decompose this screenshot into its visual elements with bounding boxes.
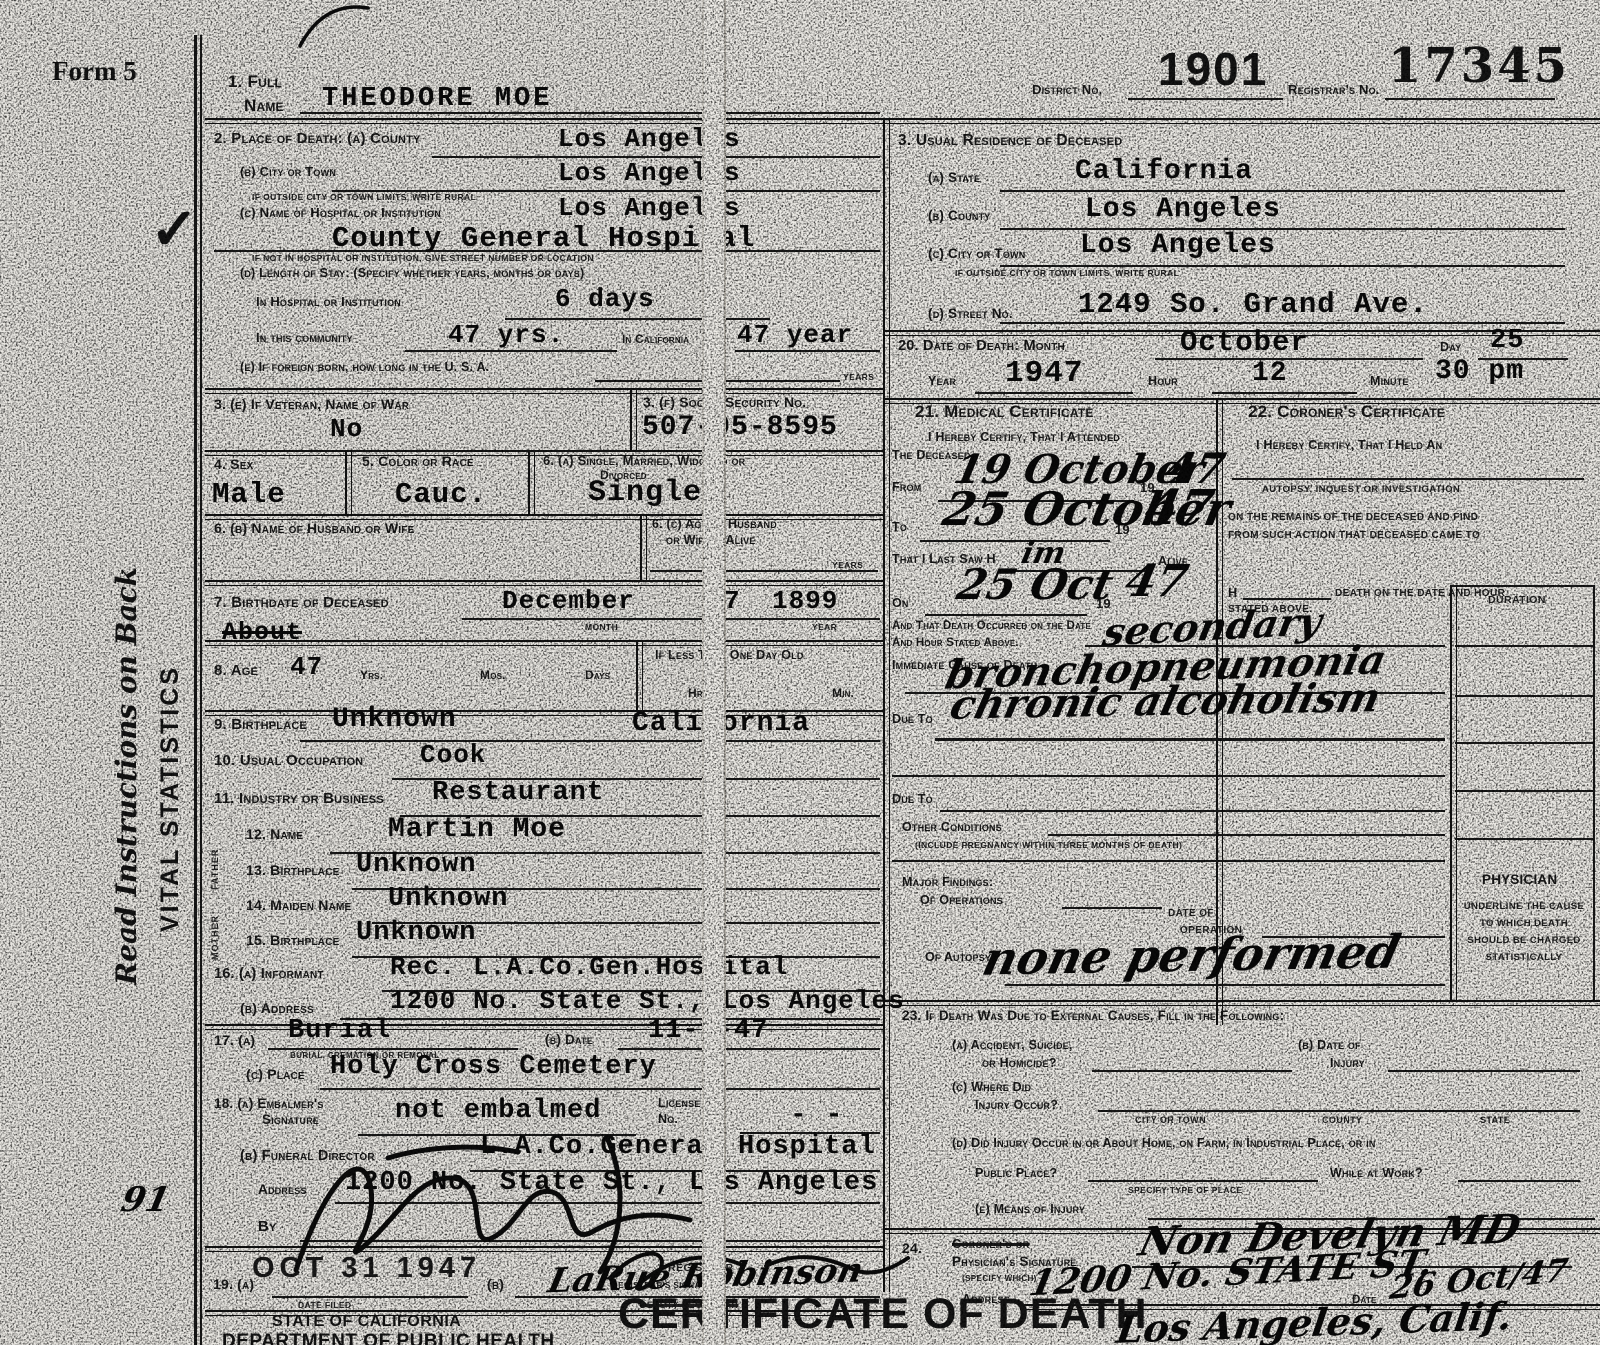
spouse-years-caption: YEARS xyxy=(832,560,863,570)
death-minute-label: Minute xyxy=(1370,374,1409,388)
coroner-certificate-title: 22. Coroner's Certificate xyxy=(1248,402,1445,422)
footer-department: DEPARTMENT OF PUBLIC HEALTH xyxy=(222,1331,555,1345)
medical-certificate-title: 21. Medical Certificate xyxy=(915,402,1094,422)
last-saw-on-label: On xyxy=(892,596,909,610)
marital-value: Single xyxy=(588,476,702,510)
of-autopsy-label: Of Autopsy xyxy=(925,950,991,964)
in-hospital-value: 6 days xyxy=(555,284,655,314)
age-value: 47 xyxy=(290,652,323,682)
mother-birthplace-label: 15. Birthplace xyxy=(246,932,339,948)
residence-state-label: (a) State xyxy=(928,170,980,185)
sex-label: 4. Sex xyxy=(214,456,253,472)
left-border-outer xyxy=(194,35,197,1345)
residence-county-value: Los Angeles xyxy=(1085,194,1281,225)
pen-stroke-top xyxy=(288,0,378,48)
city-caption: IF OUTSIDE CITY OR TOWN LIMITS, WRITE RU… xyxy=(252,192,476,202)
remains-line-1: ON THE REMAINS OF THE DECEASED AND FIND xyxy=(1228,512,1478,523)
rule xyxy=(1088,1180,1318,1182)
disposition-place-label: (c) Place xyxy=(246,1066,305,1082)
birthplace-label: 9. Birthplace xyxy=(214,716,307,733)
informant-address-value: 1200 No. State St., Los Angeles xyxy=(390,986,905,1016)
disposition-label: 17. (a) xyxy=(214,1032,255,1048)
physician-underline-note: UNDERLINE THE CAUSE TO WHICH DEATH SHOUL… xyxy=(1458,898,1590,966)
rule xyxy=(300,740,880,742)
rule xyxy=(1458,1180,1580,1182)
divider xyxy=(528,450,535,514)
side-note-read-instructions: Read Instructions on Back xyxy=(110,567,143,985)
mother-maiden-value: Unknown xyxy=(388,884,508,914)
death-year-label: Year xyxy=(928,374,956,388)
date-filed-label: 19. (a) xyxy=(213,1276,254,1292)
rule xyxy=(1098,1110,1580,1112)
due-to-1-value: chronic alcoholism xyxy=(946,674,1386,728)
license-label-1: License xyxy=(658,1096,701,1110)
death-minute-value: 30 pm xyxy=(1435,356,1524,387)
rule xyxy=(272,1296,468,1298)
specify-place-caption: SPECIFY TYPE OF PLACE xyxy=(1128,1185,1243,1195)
district-no-value: 1901 xyxy=(1158,42,1268,96)
medical-certify-line-1: I Hereby Certify, That I Attended xyxy=(928,430,1120,444)
injury-location-label: (d) Did Injury Occur in or About Home, o… xyxy=(952,1136,1376,1150)
informant-label: 16. (a) Informant xyxy=(214,966,324,982)
residence-city-caption: IF OUTSIDE CITY OR TOWN LIMITS, WRITE RU… xyxy=(955,268,1179,278)
double-rule xyxy=(885,1000,1600,1006)
veteran-label: 3. (e) If Veteran, Name of War xyxy=(214,396,409,412)
rule xyxy=(892,860,1445,862)
rule xyxy=(320,1088,880,1090)
death-hour-label: Hour xyxy=(1148,374,1178,388)
full-name-label-1: 1. Full xyxy=(228,72,282,92)
rule xyxy=(735,350,880,352)
other-conditions-caption: (INCLUDE PREGNANCY WITHIN THREE MONTHS O… xyxy=(915,840,1182,850)
double-rule xyxy=(205,640,885,646)
mother-bracket-label: MOTHER xyxy=(210,915,220,960)
death-month-value: October xyxy=(1180,326,1309,359)
years-caption: YEARS xyxy=(843,372,874,382)
rule xyxy=(1455,838,1593,840)
in-california-label: In California xyxy=(622,332,689,346)
spouse-name-label: 6. (b) Name of Husband or Wife xyxy=(214,520,414,536)
informant-address-label: (b) Address xyxy=(240,1000,314,1016)
physician-heading: PHYSICIAN xyxy=(1482,872,1557,887)
last-saw-on-value: 25 Oct xyxy=(953,560,1118,609)
in-california-value: 47 year xyxy=(737,320,853,350)
state-caption: STATE xyxy=(1480,1115,1510,1125)
full-name-value: THEODORE MOE xyxy=(322,84,552,114)
city-or-town-caption: CITY OR TOWN xyxy=(1135,1115,1206,1125)
scan-seam xyxy=(702,0,726,1345)
divider xyxy=(640,514,647,580)
industry-value: Restaurant xyxy=(432,778,604,808)
divider xyxy=(345,450,352,514)
left-border-inner xyxy=(200,35,202,1345)
residence-city-value: Los Angeles xyxy=(1080,230,1276,261)
informant-value: Rec. L.A.Co.Gen.Hospital xyxy=(390,952,788,982)
date-of-injury-label-2: Injury xyxy=(1330,1056,1365,1070)
death-year-value: 1947 xyxy=(1005,356,1083,391)
of-operations-label: Of Operations xyxy=(920,893,1003,907)
father-birthplace-label: 13. Birthplace xyxy=(246,862,339,878)
mother-birthplace-value: Unknown xyxy=(356,918,476,948)
rule xyxy=(1232,478,1584,480)
margin-scribble: 91 xyxy=(118,1180,174,1220)
double-rule xyxy=(205,388,885,394)
length-of-stay-label: (d) Length of Stay: (Specify whether yea… xyxy=(240,266,584,280)
birthdate-year-value: 1899 xyxy=(772,586,838,616)
ssn-value: 507-05-8595 xyxy=(642,412,838,443)
double-rule xyxy=(885,398,1600,404)
rule xyxy=(462,618,880,620)
in-hospital-label: In Hospital or Institution xyxy=(256,294,401,309)
death-occurred-line-2: And Hour Stated Above. xyxy=(892,637,1019,649)
about-overstrike: About xyxy=(222,618,302,647)
divider xyxy=(636,640,643,710)
due-to-2-label: Due To xyxy=(892,792,933,806)
birthdate-month-value: December xyxy=(502,586,635,616)
autopsy-value: none performed xyxy=(978,924,1406,985)
rule xyxy=(940,810,1445,812)
coroner-death-line-1: DEATH ON THE DATE AND HOUR xyxy=(1335,588,1505,599)
side-note-vital-statistics: VITAL STATISTICS xyxy=(156,665,185,932)
occupation-label: 10. Usual Occupation xyxy=(214,752,363,769)
attended-to-label: To xyxy=(892,520,907,534)
death-day-value: 25 xyxy=(1490,326,1524,356)
less-than-one-day-caption: If Less Than One Day Old xyxy=(655,648,804,662)
full-name-label-2: Name xyxy=(244,96,284,116)
where-injury-label-2: Injury Occur? xyxy=(975,1098,1058,1112)
death-occurred-line-1: And That Death Occurred on the Date xyxy=(892,620,1091,632)
registrar-no-value: 17345 xyxy=(1388,38,1570,94)
rule xyxy=(1048,834,1445,836)
rule xyxy=(618,1048,880,1050)
foreign-born-label: (e) If foreign born, how long in the U. … xyxy=(240,360,489,374)
year-caption: YEAR xyxy=(812,622,837,632)
date-filed-caption: DATE FILED xyxy=(298,1300,351,1310)
registrar-signature-scrawl xyxy=(598,1236,918,1298)
accident-label-2: or Homicide? xyxy=(982,1056,1057,1070)
registrar-sig-label-b: (b) xyxy=(487,1276,504,1292)
rule xyxy=(920,540,1110,542)
last-saw-on-year: 47 xyxy=(1121,556,1193,607)
rule xyxy=(332,190,880,192)
due-to-1-label: Due To xyxy=(892,712,933,726)
rule xyxy=(975,392,1133,394)
remains-line-2: FROM SUCH ACTION THAT DECEASED CAME TO xyxy=(1228,530,1480,541)
rule xyxy=(340,1018,880,1020)
age-days-caption: Days xyxy=(585,668,610,682)
attended-to-year: 47 xyxy=(1140,480,1219,536)
month-caption: MONTH xyxy=(585,622,618,632)
license-value: - - xyxy=(790,1100,843,1131)
sex-value: Male xyxy=(212,478,286,511)
means-of-injury-label: (e) Means of Injury xyxy=(975,1202,1085,1216)
city-or-town-label: (b) City or Town xyxy=(240,164,336,179)
other-conditions-label: Other Conditions xyxy=(902,820,1002,834)
birthplace-value: Unknown xyxy=(332,704,457,735)
rule xyxy=(268,1048,518,1050)
double-rule xyxy=(205,118,1600,124)
father-name-value: Martin Moe xyxy=(388,814,566,845)
coroner-h-label: H xyxy=(1228,586,1237,600)
double-rule xyxy=(205,450,885,456)
rule xyxy=(405,350,617,352)
in-community-label: In this community xyxy=(256,330,353,345)
father-bracket-label: FATHER xyxy=(210,849,220,890)
death-certificate-scan: Form 5 ✓ Read Instructions on Back VITAL… xyxy=(0,0,1600,1345)
disposition-value: Burial xyxy=(288,1016,391,1046)
column-divider xyxy=(883,118,890,1292)
duration-box-right-border xyxy=(1593,585,1595,1000)
county-caption: COUNTY xyxy=(1322,1115,1362,1125)
birthdate-label: 7. Birthdate of Deceased xyxy=(214,594,389,611)
death-day-label: Day xyxy=(1440,340,1461,354)
usual-residence-title: 3. Usual Residence of Deceased xyxy=(898,132,1122,150)
industry-label: 11. Industry or Business xyxy=(214,790,384,807)
registrar-no-label: Registrar's No. xyxy=(1288,82,1380,97)
duration-heading: DURATION xyxy=(1488,594,1546,606)
rule xyxy=(1455,695,1593,697)
residence-state-value: California xyxy=(1075,156,1253,187)
embalmer-label-1: 18. (a) Embalmer's xyxy=(214,1096,324,1111)
hospital-value-2: County General Hospital xyxy=(332,222,755,255)
while-at-work-label: While at Work? xyxy=(1330,1166,1423,1180)
double-rule xyxy=(205,514,885,520)
rule xyxy=(1000,322,1565,324)
accident-label-1: (a) Accident, Suicide, xyxy=(952,1038,1073,1052)
age-yrs-caption: Yrs. xyxy=(360,668,383,682)
date-of-death-label: 20. Date of Death: Month xyxy=(898,338,1065,354)
handwritten-underline xyxy=(935,738,1445,741)
rule xyxy=(1450,585,1595,587)
coroners-or-label: Coroner's or xyxy=(952,1236,1030,1251)
in-community-value: 47 yrs. xyxy=(448,320,564,350)
external-causes-title: 23. If Death Was Due to External Causes,… xyxy=(902,1008,1284,1023)
age-label: 8. Age xyxy=(214,662,258,679)
disposition-date-label: (b) Date xyxy=(545,1032,593,1047)
district-no-label: District No. xyxy=(1032,82,1102,97)
death-hour-value: 12 xyxy=(1252,358,1288,389)
autopsy-inquest-caption: AUTOPSY, INQUEST OR INVESTIGATION xyxy=(1262,484,1460,495)
where-injury-label-1: (c) Where Did xyxy=(952,1080,1031,1094)
residence-city-label: (c) City or Town xyxy=(928,246,1025,261)
public-place-label: Public Place? xyxy=(975,1166,1057,1180)
rule xyxy=(1455,645,1593,647)
form-number: Form 5 xyxy=(52,56,137,87)
disposition-place-value: Holy Cross Cemetery xyxy=(330,1052,657,1082)
street-no-value: 1249 So. Grand Ave. xyxy=(1078,288,1428,321)
mother-maiden-label: 14. Maiden Name xyxy=(246,897,351,913)
place-of-death-label: 2. Place of Death: (a) County xyxy=(214,130,421,147)
occupation-value: Cook xyxy=(420,740,486,770)
father-name-label: 12. Name xyxy=(246,826,303,842)
rule xyxy=(1455,790,1593,792)
rule xyxy=(1005,984,1445,986)
min-caption: Min. xyxy=(832,686,854,700)
duration-box-left-border xyxy=(1450,585,1457,1000)
birthdate-day-value: 7 xyxy=(724,586,741,616)
coroner-certify-line: I Hereby Certify, That I Held An xyxy=(1256,438,1442,452)
veteran-value: No xyxy=(330,414,363,444)
rule xyxy=(1388,1070,1580,1072)
checkmark-annotation: ✓ xyxy=(150,195,199,263)
divider xyxy=(630,388,637,450)
race-value: Cauc. xyxy=(395,478,487,511)
major-findings-label: Major Findings: xyxy=(902,875,993,889)
rule xyxy=(650,570,878,572)
rule xyxy=(1212,392,1357,394)
attended-from-label: From xyxy=(892,480,921,494)
rule xyxy=(1455,742,1593,744)
rule xyxy=(892,775,1445,777)
specify-which-caption: (SPECIFY WHICH) xyxy=(962,1274,1037,1283)
father-birthplace-value: Unknown xyxy=(356,850,476,880)
rule xyxy=(1385,98,1555,100)
rule xyxy=(1062,907,1162,909)
rule xyxy=(925,614,1087,616)
rule xyxy=(1128,98,1283,100)
rule xyxy=(1092,1070,1292,1072)
street-no-label: (d) Street No. xyxy=(928,306,1013,321)
rule xyxy=(1000,265,1565,267)
age-mos-caption: Mos. xyxy=(480,668,506,682)
rule xyxy=(1000,190,1565,192)
hospital-label: (c) Name of Hospital or Institution xyxy=(240,205,441,220)
date-of-caption: DATE OF xyxy=(1168,908,1214,919)
residence-county-label: (b) County xyxy=(928,208,991,223)
date-of-injury-label-1: (b) Date of xyxy=(1298,1038,1361,1052)
